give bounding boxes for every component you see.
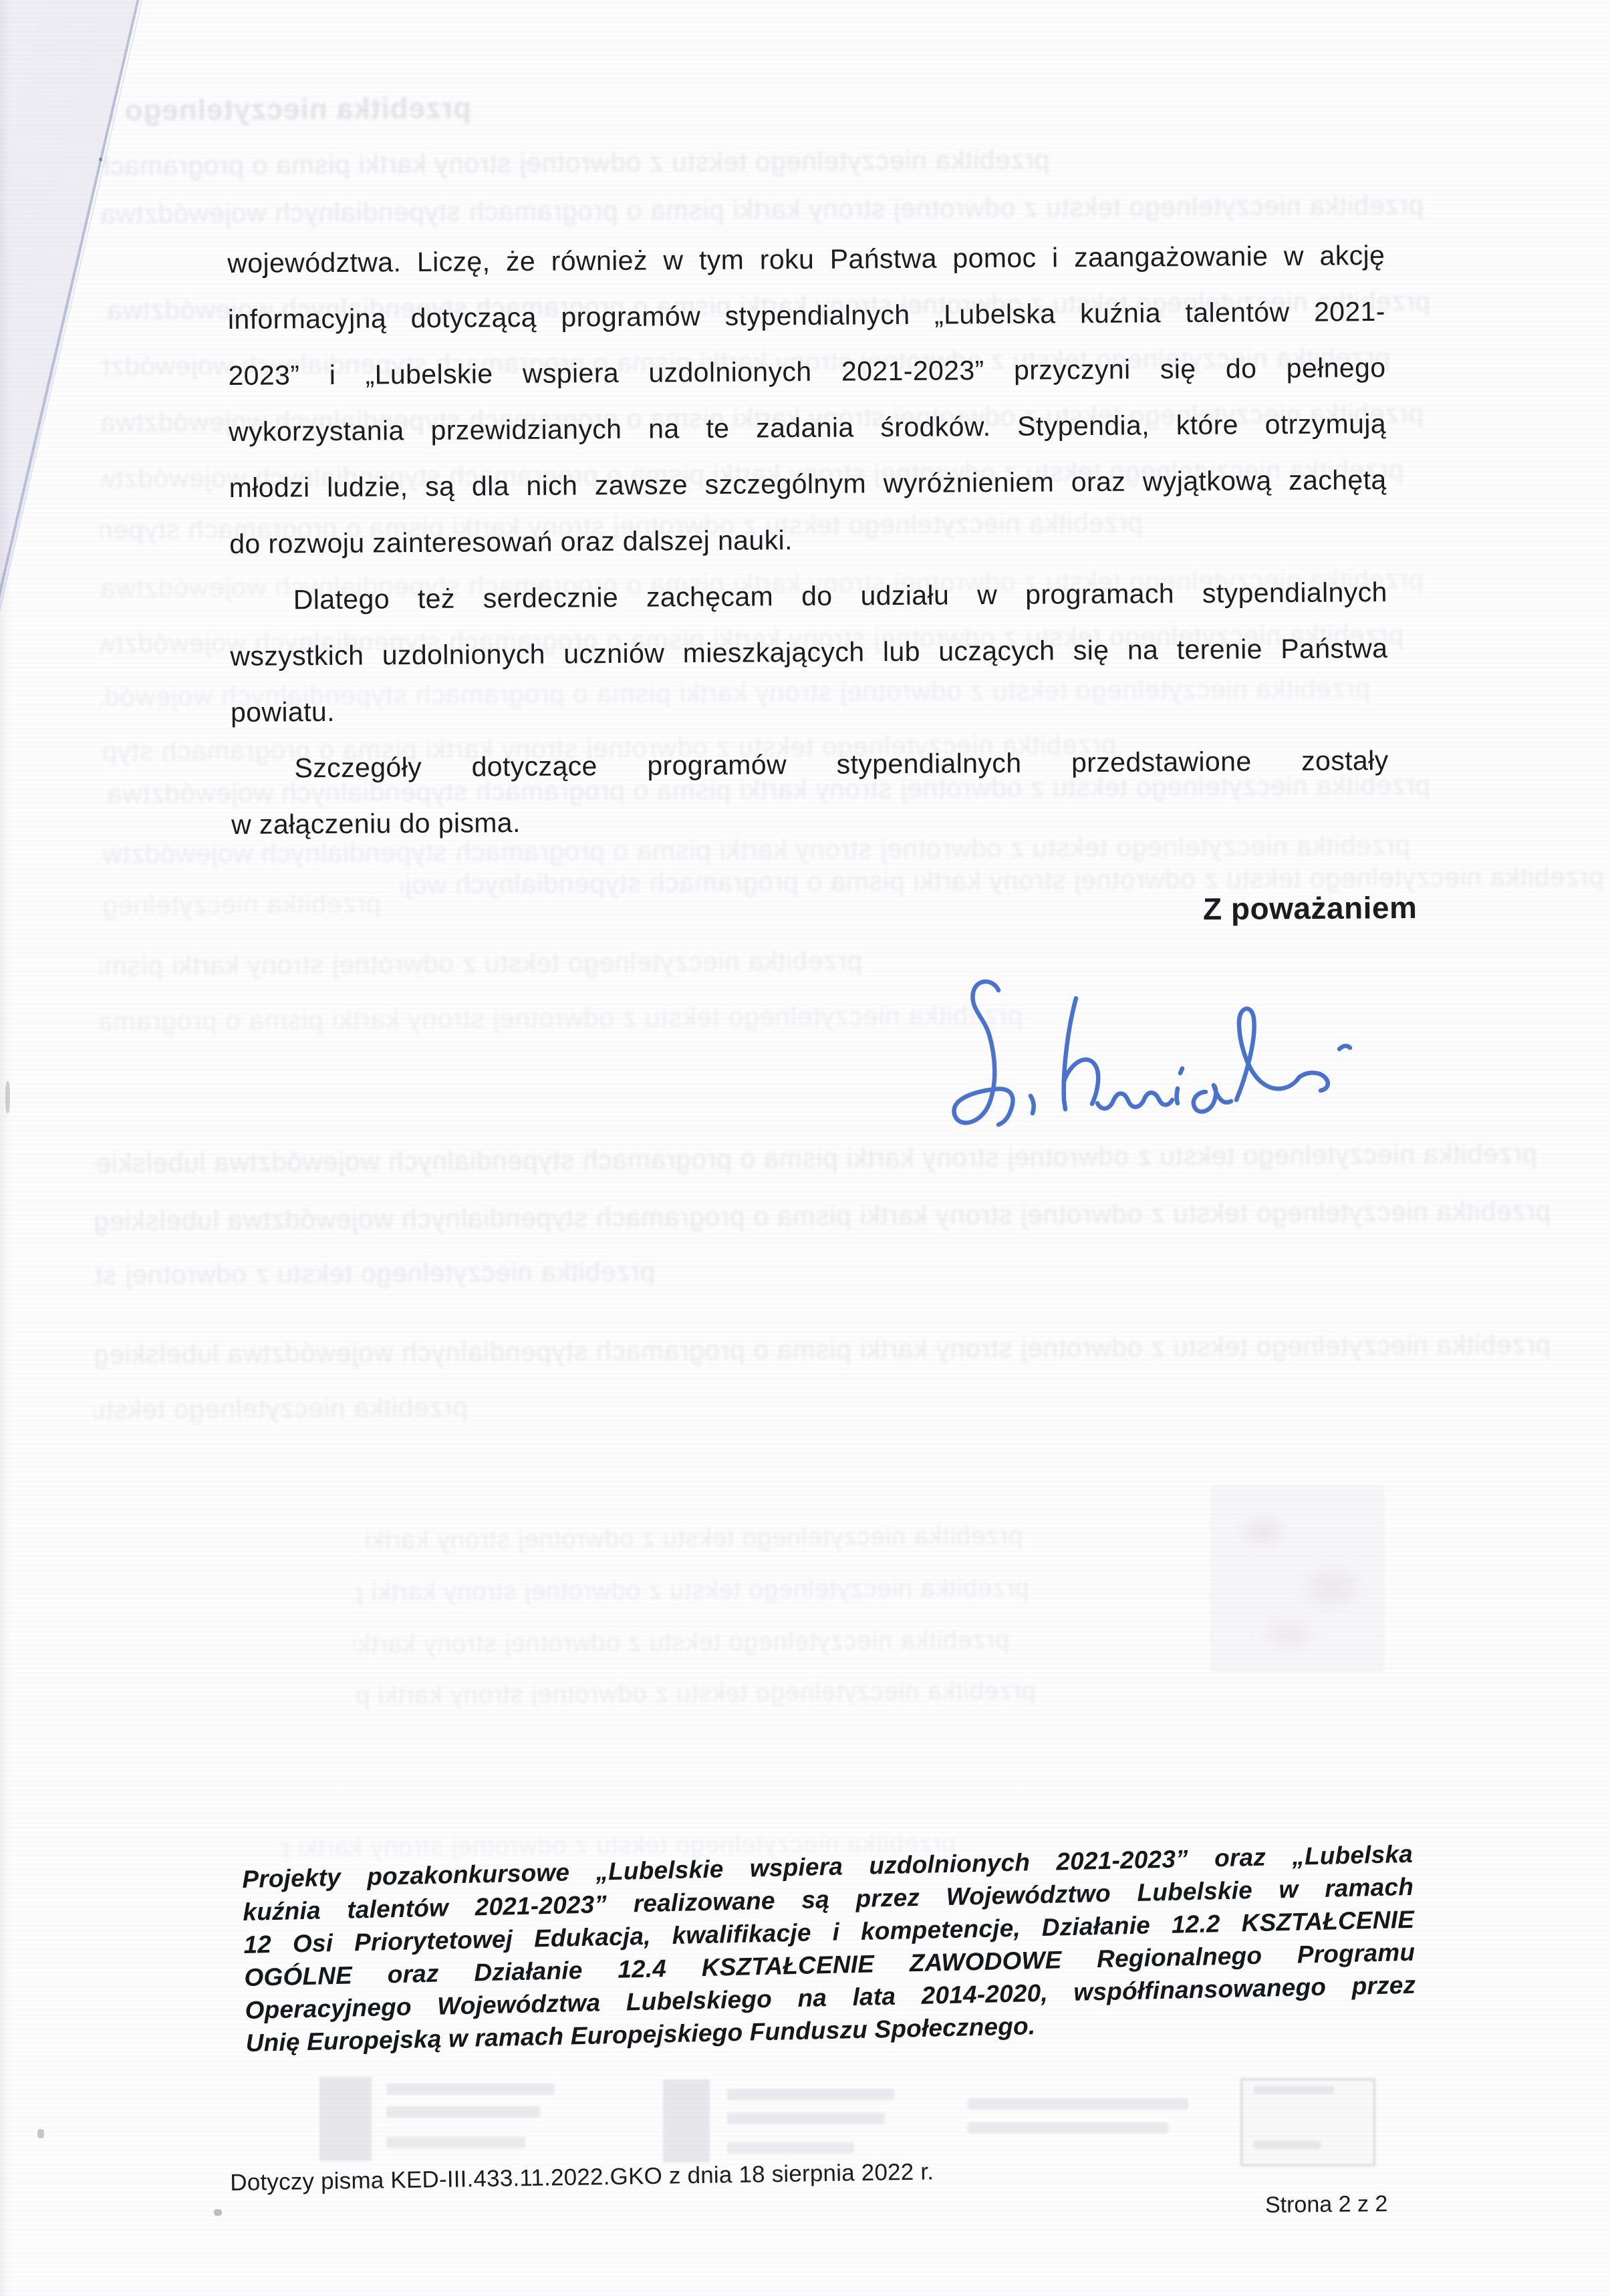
fold-edge-line: [0, 0, 200, 641]
body-text-line: do rozwoju zainteresowań oraz dalszej na…: [229, 508, 1387, 572]
bleedthrough-text-line: przebitka nieczytelnego tekstu z odwrotn…: [354, 1523, 1023, 1556]
handwritten-signature: [904, 968, 1371, 1141]
ghost-logo-emblem: [663, 2079, 710, 2162]
bleedthrough-text-line: przebitka nieczytelnego tekstu z odwrotn…: [100, 889, 381, 921]
ghost-logo-text: [727, 2113, 885, 2124]
ghost-logo-text: [386, 2106, 540, 2118]
bleedthrough-text-line: przebitka nieczytelnego tekstu z odwrotn…: [354, 1574, 1029, 1607]
body-text-line: informacyjną dotyczącą programów stypend…: [228, 283, 1386, 347]
body-text-line: województwa. Liczę, że również w tym rok…: [227, 227, 1385, 291]
ghost-logo-text: [968, 2098, 1188, 2110]
bleedthrough-text-line: przebitka nieczytelnego tekstu z odwrotn…: [94, 1393, 468, 1425]
bleedthrough-text-line: przebitka nieczytelnego tekstu z odwrotn…: [100, 190, 1424, 229]
scan-speck: [5, 1081, 10, 1113]
bleedthrough-text-line: przebitka nieczytelnego tekstu z odwrotn…: [94, 1330, 1551, 1369]
ghost-logo-text: [386, 2137, 525, 2148]
scan-left-edge: [0, 0, 11, 2296]
ghost-logo-text: [386, 2084, 555, 2095]
closing-phrase: Z poważaniem: [1203, 889, 1418, 927]
body-text-line: 2023” i „Lubelskie wspiera uzdolnionych …: [228, 339, 1386, 404]
body-text-line: powiatu.: [231, 676, 1389, 740]
ghost-logo-text: [1254, 2141, 1321, 2149]
bleedthrough-text-line: przebitka nieczytelnego tekstu z odwrotn…: [94, 1257, 655, 1290]
bleedthrough-text-line: przebitka nieczytelnego tekstu z odwrotn…: [100, 946, 862, 981]
ghost-logo-text: [727, 2142, 854, 2154]
page-number: Strona 2 z 2: [1265, 2191, 1388, 2218]
ghost-logo-flag: [319, 2077, 372, 2161]
bleedthrough-text-line: przebitka nieczytelnego tekstu z odwrotn…: [94, 1139, 1537, 1178]
body-text-line: wszystkich uzdolnionych uczniów mieszkaj…: [230, 620, 1388, 684]
funding-note: Projekty pozakonkursowe „Lubelskie wspie…: [242, 1838, 1417, 2059]
scan-speck: [99, 158, 102, 161]
body-text-line: Szczegóły dotyczące programów stypendial…: [231, 732, 1389, 797]
bleedthrough-text-line: przebitka nieczytelnego tekstu z odwrotn…: [354, 1677, 1036, 1710]
bleedthrough-text-line: przebitka nieczytelnego tekstu z odwrotn…: [354, 1627, 1009, 1660]
scan-speck: [214, 2209, 222, 2216]
bleedthrough-text-line: przebitka nieczytelnego tekstu z odwrotn…: [94, 1196, 1551, 1236]
bleedthrough-text-line: przebitka nieczytelnego tekstu z odwrotn…: [100, 1000, 1023, 1036]
page-corner-fold: [0, 0, 200, 641]
ghost-logo-text: [727, 2089, 894, 2100]
scan-speck: [37, 2129, 44, 2138]
letter-body: województwa. Liczę, że również w tym rok…: [227, 227, 1389, 853]
body-text-line: Dlatego też serdecznie zachęcam do udzia…: [230, 564, 1388, 628]
body-text-line: wykorzystania przewidzianych na te zadan…: [229, 396, 1387, 460]
body-text-line: młodzi ludzie, są dla nich zawsze szczeg…: [229, 452, 1387, 516]
ghost-logo-text: [1254, 2086, 1334, 2094]
body-text-line: w załączeniu do pisma.: [231, 788, 1389, 853]
scanned-letter-page: przebitka nieczytelnego tekstu z odwrotn…: [0, 0, 1610, 2296]
bleedthrough-text-line: przebitka nieczytelnego tekstu z odwrotn…: [100, 145, 1049, 181]
bleedthrough-stamp: [1210, 1485, 1385, 1672]
ghost-logo-text: [968, 2122, 1168, 2134]
bleedthrough-text-line: przebitka nieczytelnego tekstu z odwrotn…: [401, 862, 1604, 900]
